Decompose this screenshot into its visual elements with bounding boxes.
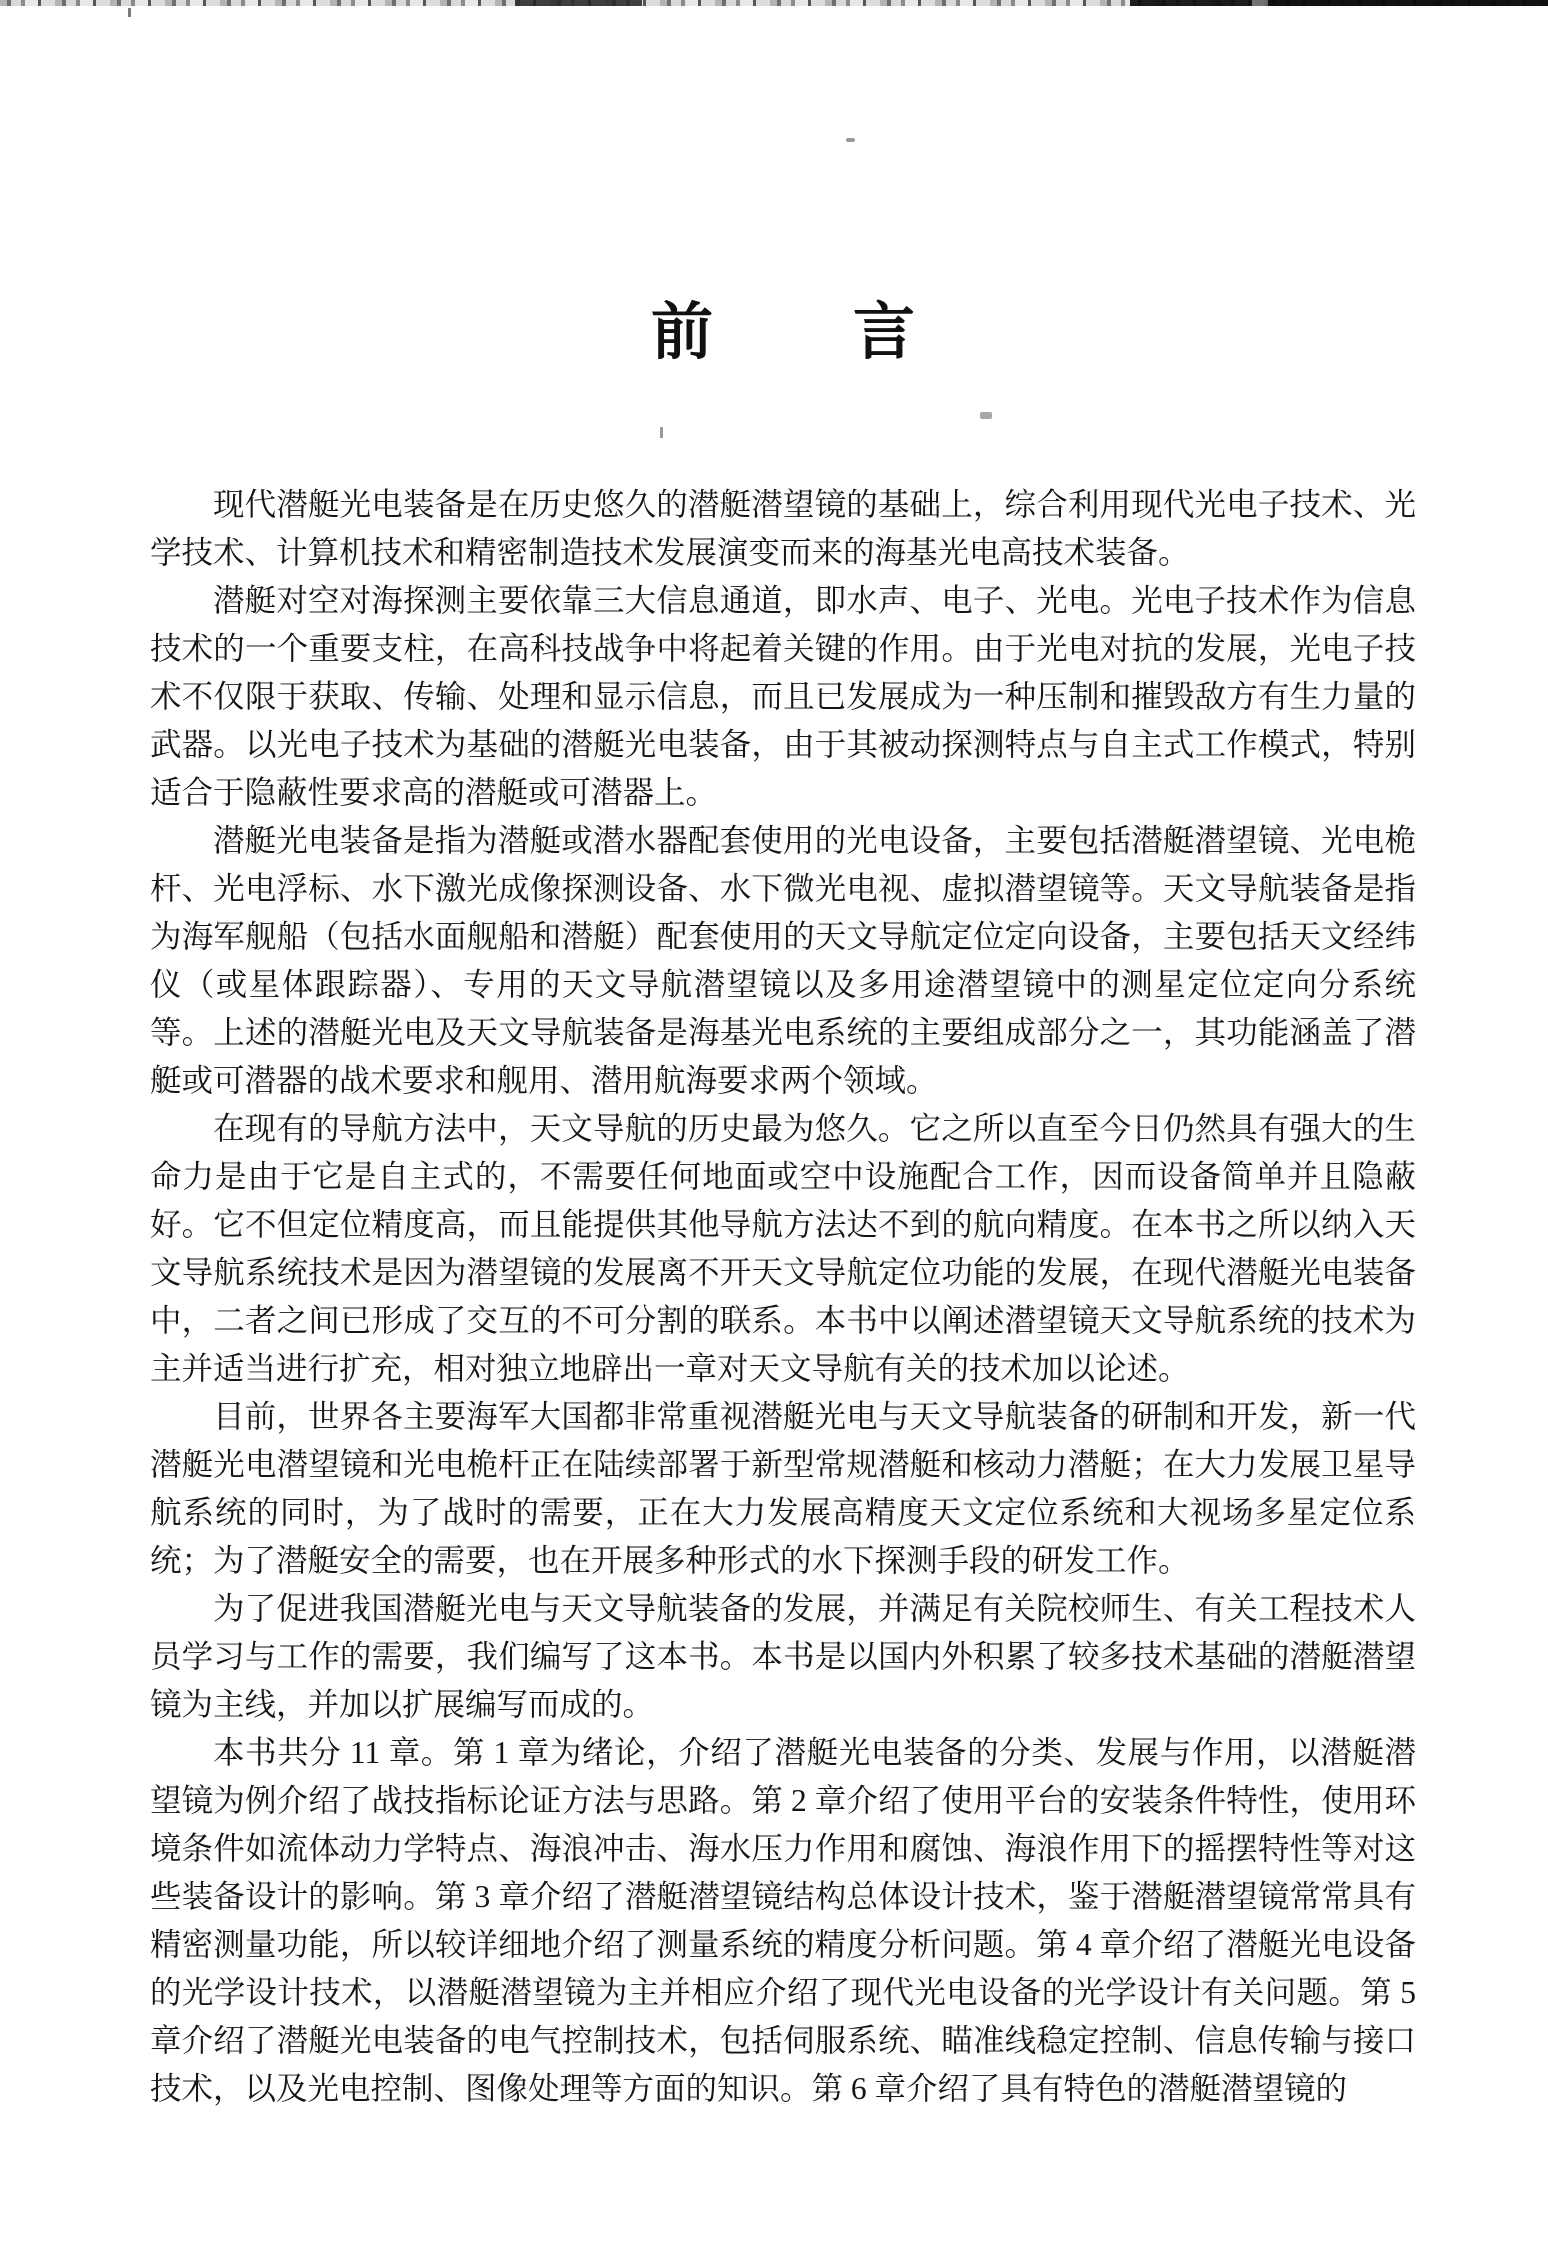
scan-speck — [846, 138, 855, 142]
scan-speck — [128, 8, 131, 17]
page-title-char: 前 — [651, 300, 713, 366]
scan-noise-band — [0, 0, 1548, 6]
scan-speck — [660, 427, 663, 438]
paragraph: 潜艇光电装备是指为潜艇或潜水器配套使用的光电设备，主要包括潜艇潜望镜、光电桅杆、… — [150, 817, 1416, 1105]
page-title-char: 言 — [853, 300, 915, 366]
scan-speck — [980, 412, 992, 419]
paragraph: 为了促进我国潜艇光电与天文导航装备的发展，并满足有关院校师生、有关工程技术人员学… — [150, 1585, 1416, 1729]
paragraph: 目前，世界各主要海军大国都非常重视潜艇光电与天文导航装备的研制和开发，新一代潜艇… — [150, 1393, 1416, 1585]
preface-body: 现代潜艇光电装备是在历史悠久的潜艇潜望镜的基础上，综合利用现代光电子技术、光学技… — [150, 481, 1416, 2113]
paragraph: 在现有的导航方法中，天文导航的历史最为悠久。它之所以直至今日仍然具有强大的生命力… — [150, 1105, 1416, 1393]
paragraph: 潜艇对空对海探测主要依靠三大信息通道，即水声、电子、光电。光电子技术作为信息技术… — [150, 577, 1416, 817]
scanned-book-page: 前 言 现代潜艇光电装备是在历史悠久的潜艇潜望镜的基础上，综合利用现代光电子技术… — [0, 0, 1548, 2265]
paragraph: 本书共分 11 章。第 1 章为绪论，介绍了潜艇光电装备的分类、发展与作用，以潜… — [150, 1729, 1416, 2113]
paragraph: 现代潜艇光电装备是在历史悠久的潜艇潜望镜的基础上，综合利用现代光电子技术、光学技… — [150, 481, 1416, 577]
page-title: 前 言 — [150, 300, 1416, 366]
